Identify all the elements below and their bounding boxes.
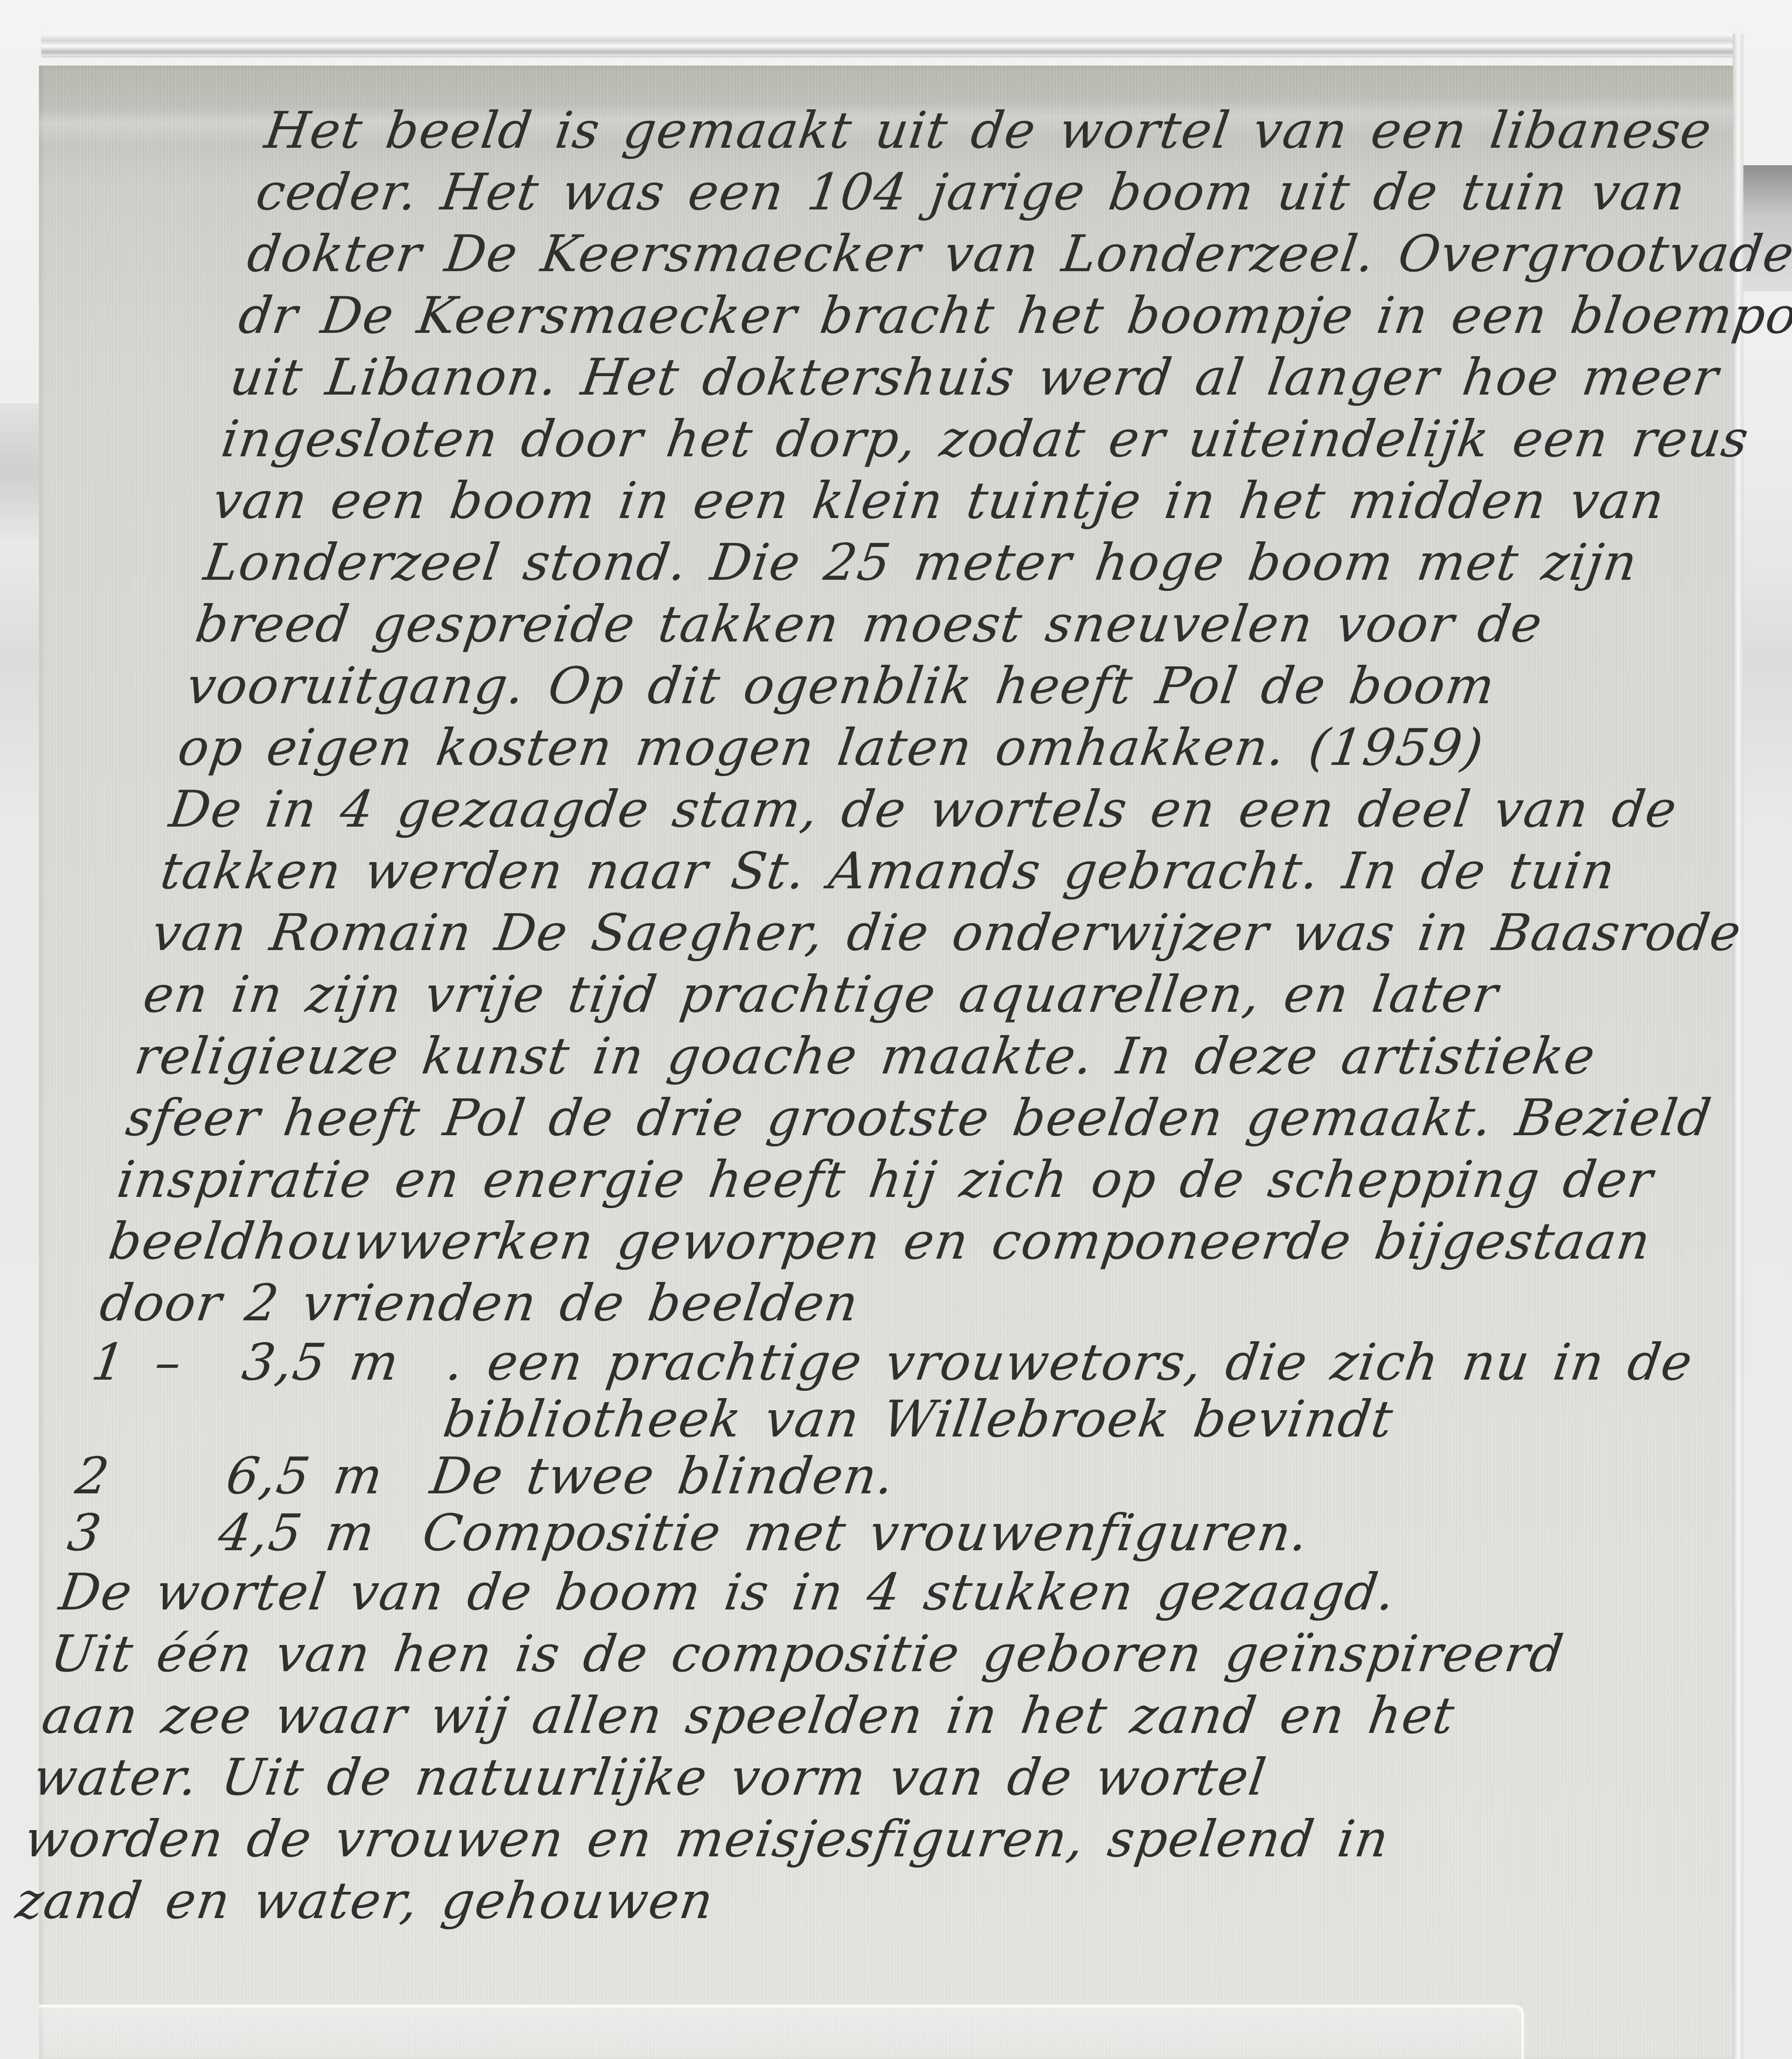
sculpture-dash <box>136 1448 231 1505</box>
text-line: inspiratie en energie heeft hij zich op … <box>114 1149 1653 1211</box>
handwritten-letter: Het beeld is gemaakt uit de wortel van e… <box>12 100 1792 1932</box>
text-line: aan zee waar wij allen speelden in het z… <box>38 1685 1578 1747</box>
text-line: en in zijn vrije tijd prachtige aquarell… <box>139 964 1679 1025</box>
text-line: uit Libanon. Het doktershuis werd al lan… <box>226 346 1766 408</box>
text-line: van een boom in een klein tuintje in het… <box>209 470 1749 532</box>
sculpture-size: 6,5 m <box>223 1448 435 1505</box>
sculpture-dash <box>127 1505 223 1561</box>
acrylic-holder-top-edge <box>41 34 1742 56</box>
sculpture-title: De twee blinden. <box>427 1448 1611 1505</box>
text-line: dr De Keersmaecker bracht het boompje in… <box>235 285 1775 346</box>
text-line: dokter De Keersmaecker van Londerzeel. O… <box>244 223 1783 285</box>
text-line: vooruitgang. Op dit ogenblik heeft Pol d… <box>183 655 1722 717</box>
text-line: religieuze kunst in goache maakte. In de… <box>131 1025 1670 1087</box>
paragraph-root-composition: De wortel van de boom is in 4 stukken ge… <box>12 1561 1595 1932</box>
text-line: De wortel van de boom is in 4 stukken ge… <box>55 1561 1595 1623</box>
text-line: ingesloten door het dorp, zodat er uitei… <box>218 408 1757 470</box>
text-line: De in 4 gezaagde stam, de wortels en een… <box>166 779 1705 840</box>
paragraph-origin: Het beeld is gemaakt uit de wortel van e… <box>174 100 1792 779</box>
text-line: water. Uit de natuurlijke vorm van de wo… <box>30 1747 1569 1808</box>
sculpture-list: 1 – 3,5 m . een prachtige vrouwetors, di… <box>64 1334 1627 1561</box>
text-line: van Romain De Saegher, die onderwijzer w… <box>148 902 1688 964</box>
background-shadow-band-left <box>0 403 44 539</box>
text-line: zand en water, gehouwen <box>12 1870 1552 1932</box>
sculpture-number: 1 <box>88 1334 159 1391</box>
text-line: Het beeld is gemaakt uit de wortel van e… <box>261 100 1792 161</box>
text-line: breed gespreide takken moest sneuvelen v… <box>191 593 1731 655</box>
text-line: beeldhouwwerken geworpen en componeerde … <box>105 1211 1645 1272</box>
text-line: Londerzeel stond. Die 25 meter hoge boom… <box>200 532 1740 593</box>
text-line: door 2 vrienden de beelden <box>96 1272 1636 1334</box>
sculpture-item-3: 3 4,5 m Compositie met vrouwenfiguren. <box>64 1505 1603 1561</box>
sculpture-size: 3,5 m <box>239 1334 451 1391</box>
paragraph-studio: De in 4 gezaagde stam, de wortels en een… <box>96 779 1705 1334</box>
text-line: sfeer heeft Pol de drie grootste beelden… <box>122 1087 1662 1149</box>
sculpture-title: Compositie met vrouwenfiguren. <box>419 1505 1603 1561</box>
text-line: ceder. Het was een 104 jarige boom uit d… <box>252 161 1792 223</box>
text-line: takken werden naar St. Amands gebracht. … <box>157 840 1697 902</box>
acrylic-stand-base <box>39 2005 1524 2059</box>
sculpture-number: 2 <box>72 1448 143 1505</box>
text-line: worden de vrouwen en meisjesfiguren, spe… <box>21 1808 1561 1870</box>
sculpture-dash: – <box>152 1334 247 1391</box>
sculpture-number: 3 <box>64 1505 135 1561</box>
sculpture-title: . een prachtige vrouwetors, die zich nu … <box>443 1334 1697 1391</box>
text-line: op eigen kosten mogen laten omhakken. (1… <box>174 717 1714 779</box>
sculpture-item-2: 2 6,5 m De twee blinden. <box>72 1448 1611 1505</box>
sculpture-item-1: 1 – 3,5 m . een prachtige vrouwetors, di… <box>88 1334 1627 1391</box>
sculpture-continuation: bibliotheek van Willebroek bevindt <box>80 1391 1619 1448</box>
sculpture-size: 4,5 m <box>215 1505 427 1561</box>
text-line: Uit één van hen is de compositie geboren… <box>47 1623 1586 1685</box>
